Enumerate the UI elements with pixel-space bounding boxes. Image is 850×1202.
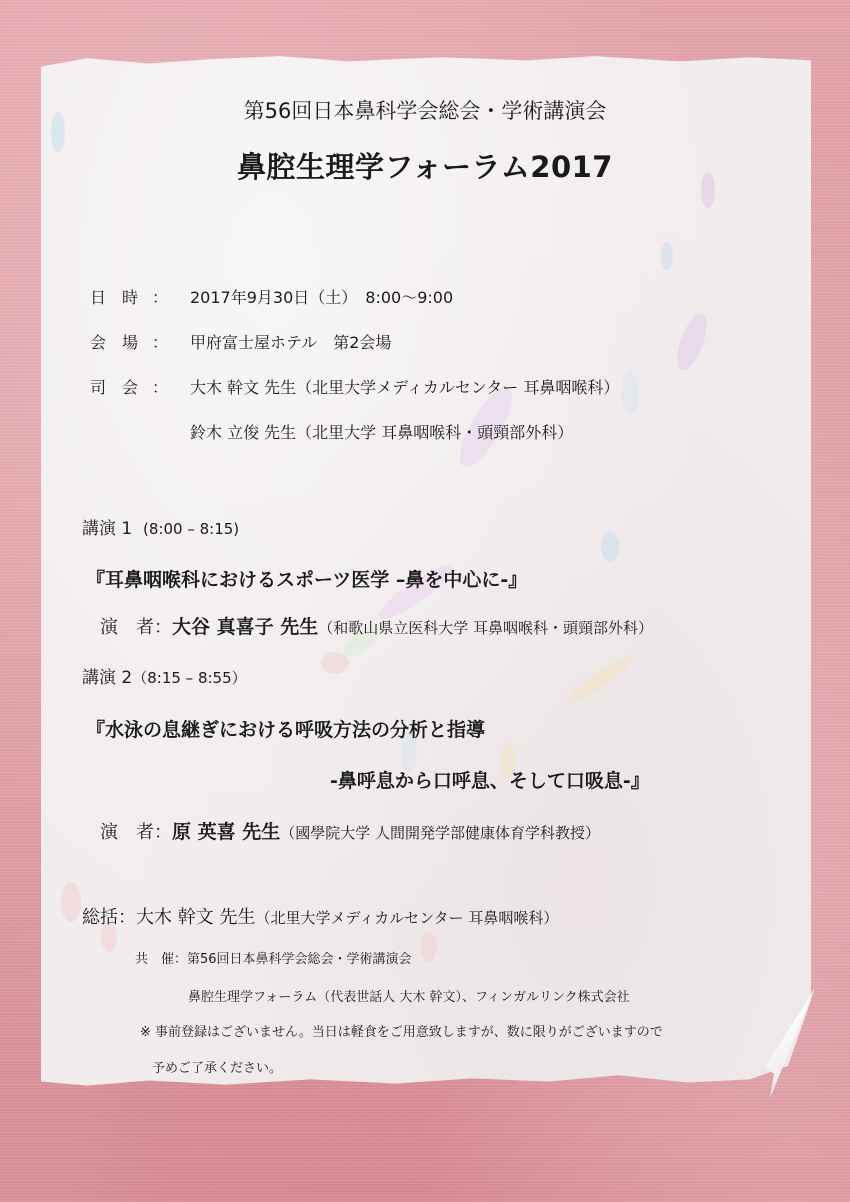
event-subtitle: 第56回日本鼻科学会総会・学術講演会 xyxy=(0,95,850,125)
notice-line-1: ※ 事前登録はございません。当日は軽食をご用意致しますが、数に限りがございますの… xyxy=(140,1021,663,1040)
datetime-value: 2017年9月30日（土） 8:00～9:00 xyxy=(190,288,453,307)
lecture-1-speaker: 演 者：大谷 真喜子 先生（和歌山県立医科大学 耳鼻咽喉科・頭頸部外科） xyxy=(100,612,653,639)
lecture-2-speaker-label: 演 者： xyxy=(100,822,172,843)
lecture-2-number: 講演 2 xyxy=(82,668,132,688)
chair-1: 大木 幹文 先生（北里大学メディカルセンター 耳鼻咽喉科） xyxy=(190,378,619,397)
summary-affiliation: （北里大学メディカルセンター 耳鼻咽喉科） xyxy=(255,909,558,927)
lecture-2-title-line-2: -鼻呼息から口呼息、そして口吸息-』 xyxy=(330,766,650,793)
cosponsor-line-1: 第56回日本鼻科学会総会・学術講演会 xyxy=(187,952,412,967)
lecture-1-title: 『耳鼻咽喉科におけるスポーツ医学 –鼻を中心に-』 xyxy=(86,565,527,592)
datetime-row: 日 時：2017年9月30日（土） 8:00～9:00 xyxy=(90,285,453,308)
lecture-1-affiliation: （和歌山県立医科大学 耳鼻咽喉科・頭頸部外科） xyxy=(318,619,653,637)
lecture-2-title-line-1: 『水泳の息継ぎにおける呼吸方法の分析と指導 xyxy=(86,715,485,742)
summary-label: 総括： xyxy=(82,907,136,928)
lecture-1-heading: 講演 1 (8:00 – 8:15) xyxy=(82,514,239,539)
lecture-2-speaker-name: 原 英喜 先生 xyxy=(172,821,280,843)
venue-value: 甲府富士屋ホテル 第2会場 xyxy=(190,333,391,352)
event-title: 鼻腔生理学フォーラム2017 xyxy=(0,145,850,186)
cosponsor-row: 共 催：第56回日本鼻科学会総会・学術講演会 xyxy=(135,948,412,967)
lecture-1-speaker-name: 大谷 真喜子 先生 xyxy=(172,616,318,638)
chair-label: 司 会 xyxy=(90,375,152,398)
venue-label: 会 場 xyxy=(90,330,152,353)
summary-name: 大木 幹文 先生 xyxy=(136,907,255,928)
flyer-content: 第56回日本鼻科学会総会・学術講演会 鼻腔生理学フォーラム2017 日 時：20… xyxy=(0,0,850,1202)
venue-colon: ： xyxy=(152,330,190,353)
lecture-1-speaker-label: 演 者： xyxy=(100,617,172,638)
cosponsor-line-2: 鼻腔生理学フォーラム（代表世話人 大木 幹文）、フィンガルリンク株式会社 xyxy=(188,986,630,1005)
chair-row: 司 会：大木 幹文 先生（北里大学メディカルセンター 耳鼻咽喉科） xyxy=(90,375,619,398)
chair-colon: ： xyxy=(152,375,190,398)
lecture-1-number: 講演 1 xyxy=(82,519,132,539)
lecture-2-affiliation: （國學院大学 人間開発学部健康体育学科教授） xyxy=(280,824,600,842)
datetime-label: 日 時 xyxy=(90,285,152,308)
lecture-2-time: （8:15 – 8:55） xyxy=(132,669,246,687)
summary-row: 総括：大木 幹文 先生（北里大学メディカルセンター 耳鼻咽喉科） xyxy=(82,903,558,929)
lecture-2-heading: 講演 2（8:15 – 8:55） xyxy=(82,663,247,688)
lecture-1-time: (8:00 – 8:15) xyxy=(143,520,239,538)
datetime-colon: ： xyxy=(152,285,190,308)
lecture-2-speaker: 演 者：原 英喜 先生（國學院大学 人間開発学部健康体育学科教授） xyxy=(100,817,600,844)
notice-line-2: 予めご了承ください。 xyxy=(152,1057,282,1076)
chair-2: 鈴木 立俊 先生（北里大学 耳鼻咽喉科・頭頸部外科） xyxy=(190,420,573,443)
cosponsor-label: 共 催： xyxy=(135,952,187,967)
venue-row: 会 場：甲府富士屋ホテル 第2会場 xyxy=(90,330,391,353)
